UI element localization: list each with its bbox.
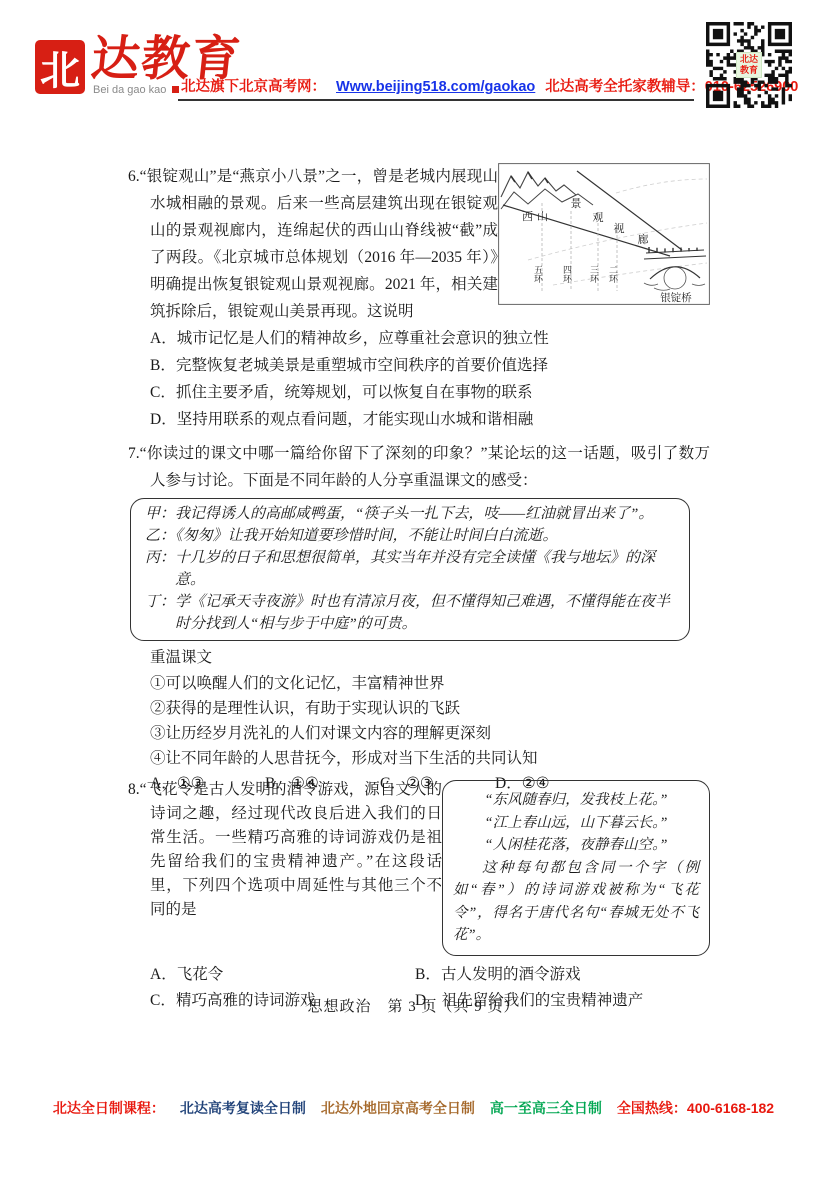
question-6-stem: 6.“银锭观山”是“燕京小八景”之一，曾是老城内展现山水城相融的景观。后来一些高… (128, 163, 498, 325)
option-c: C．抓住主要矛盾，统筹规划，可以恢复自在事物的联系 (128, 379, 710, 406)
ring2-label: 二环 (608, 265, 619, 284)
poem-line-2: “江上春山远，山下暮云长。” (453, 812, 699, 835)
quote-yi: 乙：《匆匆》让我开始知道要珍惜时间，不能让时间白白流逝。 (145, 525, 677, 547)
quote-ding: 丁：学《记承天寺夜游》时也有清凉月夜，但不懂得知己难遇，不懂得能在夜半时分找到人… (145, 591, 677, 635)
site-link[interactable]: Www.beijing518.com/gaokao (336, 79, 535, 95)
option-a: A．城市记忆是人们的精神故乡，应尊重社会意识的独立性 (128, 325, 710, 352)
question-7: 7.“你读过的课文中哪一篇给你留下了深刻的印象？”某论坛的这一话题，吸引了数万人… (128, 440, 710, 797)
poem-line-1: “东风随春归，发我枝上花。” (453, 789, 699, 812)
header: 北 达教育 Bei da gao kao 北达旗下北京高考网：Www.beiji… (35, 24, 792, 110)
corridor-top-line (577, 171, 682, 250)
poem-line-3: “人闲桂花落，夜静春山空。” (453, 834, 699, 857)
question-7-points: ①可以唤醒人们的文化记忆，丰富精神世界 ②获得的是理性认识，有助于实现认识的飞跃… (128, 671, 710, 771)
question-6-number: 6. (128, 168, 140, 185)
header-divider (178, 99, 694, 101)
figure-border (499, 164, 710, 305)
option-a: A．飞花令 (150, 962, 415, 988)
contour-dash-3 (553, 263, 707, 285)
logo-pinyin: Bei da gao kao (93, 84, 179, 96)
logo-pinyin-text: Bei da gao kao (93, 84, 166, 96)
ring3-label: 三环 (589, 265, 600, 284)
quote-bing: 丙：十几岁的日子和思想很简单，其实当年并没有完全读懂《我与地坛》的深意。 (145, 547, 677, 591)
promo-segment-2: 北达高考复读全日制 (180, 1098, 306, 1118)
site-label: 北达旗下北京高考网： (181, 79, 326, 95)
page-number-footer: 思想政治 第 3 页（共 9 页） (0, 995, 827, 1016)
point-2: ②获得的是理性认识，有助于实现认识的飞跃 (150, 696, 710, 721)
red-square-icon (172, 86, 179, 93)
contour-dash-1 (616, 179, 707, 193)
option-d: D．坚持用联系的观点看问题，才能实现山水城和谐相融 (128, 406, 710, 433)
point-1: ①可以唤醒人们的文化记忆，丰富精神世界 (150, 671, 710, 696)
question-6: 6.“银锭观山”是“燕京小八景”之一，曾是老城内展现山水城相融的景观。后来一些高… (128, 163, 710, 433)
promo-segment-3: 北达外地回京高考全日制 (321, 1098, 475, 1118)
option-b: B．古人发明的酒令游戏 (415, 962, 710, 988)
quote-jia: 甲：我记得诱人的高邮咸鸭蛋，“筷子头一扎下去，吱——红油就冒出来了”。 (145, 503, 677, 525)
corridor-char-4: 廊 (638, 232, 649, 246)
qr-center-label: 北达教育 (736, 52, 762, 78)
bridge-icon (644, 247, 706, 290)
question-8-stem: 8.“飞花令是古人发明的酒令游戏，源自文人的诗词之趣，经过现代改良后进入我们的日… (128, 778, 442, 922)
logo-seal-char: 北 (40, 39, 80, 96)
corridor-char-2: 观 (593, 211, 604, 224)
exam-page: 北 达教育 Bei da gao kao 北达旗下北京高考网：Www.beiji… (0, 0, 827, 1181)
promo-segment-1: 北达全日制课程： (53, 1098, 165, 1118)
question-7-quote-box: 甲：我记得诱人的高邮咸鸭蛋，“筷子头一扎下去，吱——红油就冒出来了”。 乙：《匆… (130, 498, 690, 641)
q6-figure-diagram: 西山 景 观 视 廊 五环 四环 三环 二环 (498, 163, 710, 305)
option-b: B．完整恢复老城美景是重塑城市空间秩序的首要价值选择 (128, 352, 710, 379)
corridor-bottom-line (503, 205, 670, 256)
question-7-number: 7. (128, 445, 140, 462)
corridor-char-3: 视 (614, 222, 625, 235)
bottom-promo-bar: 北达全日制课程： 北达高考复读全日制 北达外地回京高考全日制 高一至高三全日制 … (0, 1098, 827, 1118)
qr-code: 北达教育 (706, 22, 792, 108)
corridor-char-1: 景 (571, 197, 582, 210)
question-8-number: 8. (128, 781, 140, 798)
mountain-ridge-line (501, 172, 576, 197)
ring4-label: 四环 (562, 265, 573, 284)
point-3: ③让历经岁月洗礼的人们对课文内容的理解更深刻 (150, 721, 710, 746)
question-7-stem: 7.“你读过的课文中哪一篇给你留下了深刻的印象？”某论坛的这一话题，吸引了数万人… (128, 440, 710, 494)
ring5-label: 五环 (533, 265, 544, 284)
logo-seal: 北 (35, 40, 85, 94)
bridge-label: 银锭桥 (660, 291, 692, 304)
question-7-lead: 重温课文 (128, 644, 710, 671)
question-8: 8.“飞花令是古人发明的酒令游戏，源自文人的诗词之趣，经过现代改良后进入我们的日… (128, 778, 710, 1014)
poem-note: 这种每句都包含同一个字（例如“春”）的诗词游戏被称为“飞花令”，得名于唐代名句“… (453, 857, 699, 947)
question-6-options: A．城市记忆是人们的精神故乡，应尊重社会意识的独立性 B．完整恢复老城美景是重塑… (128, 325, 710, 433)
promo-segment-5: 全国热线：400-6168-182 (617, 1098, 774, 1118)
point-4: ④让不同年龄的人思昔抚今，形成对当下生活的共同认知 (150, 746, 710, 771)
promo-segment-4: 高一至高三全日制 (490, 1098, 602, 1118)
question-8-poem-box: “东风随春归，发我枝上花。” “江上春山远，山下暮云长。” “人闲桂花落，夜静春… (442, 780, 710, 956)
